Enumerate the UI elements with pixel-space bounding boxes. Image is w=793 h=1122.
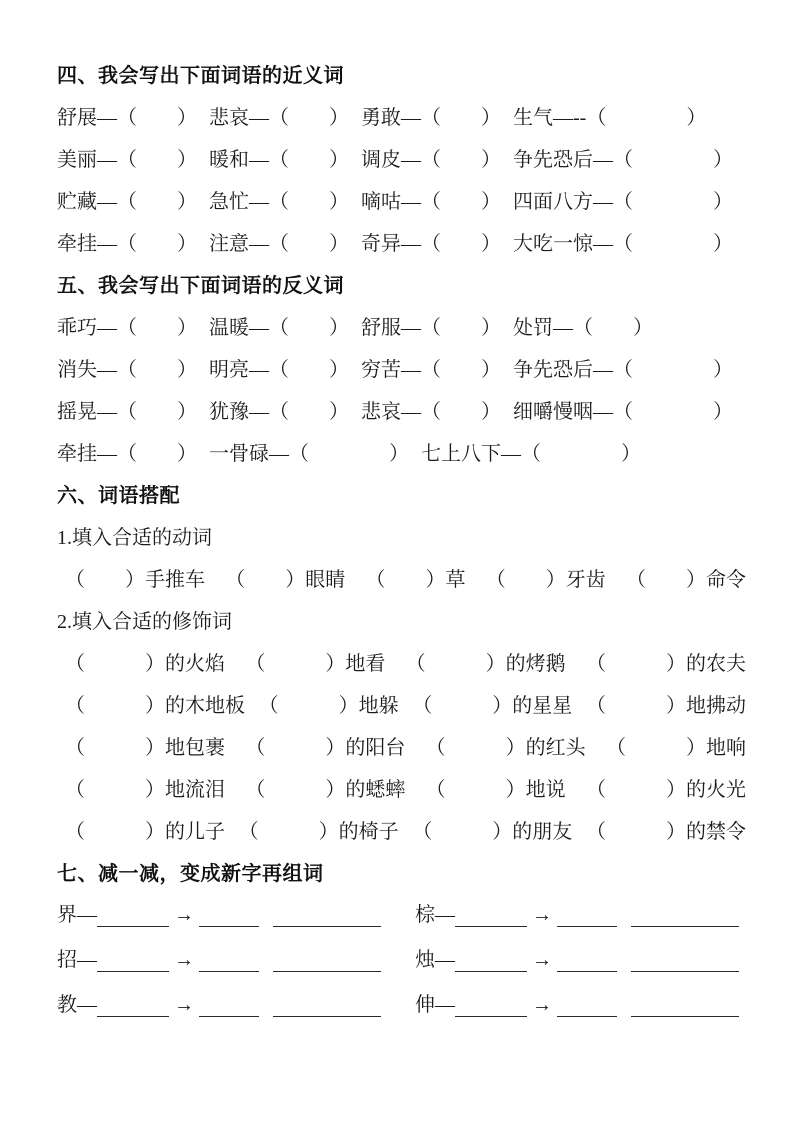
synonym-item: 生气—--（ ） xyxy=(513,101,706,130)
collocation-sub1: 1.填入合适的动词 xyxy=(57,514,748,556)
modifier-fill-item: （ ）地响 xyxy=(606,731,746,760)
modifier-fill-row-1: （ ）的火焰 （ ）地看 （ ）的烤鹅 （ ）的农夫 xyxy=(57,640,748,682)
char-reduction-entry: 招—→ xyxy=(57,948,415,972)
answer-blank xyxy=(455,953,527,972)
modifier-fill-item: （ ）的阳台 xyxy=(245,731,405,760)
char-reduction-entry: 界—→ xyxy=(57,903,415,927)
synonym-item: 牵挂—（ ） xyxy=(57,227,197,256)
collocation-sub1-label: 1.填入合适的动词 xyxy=(57,521,212,550)
source-char: 教— xyxy=(57,993,97,1017)
modifier-fill-item: （ ）的椅子 xyxy=(239,815,399,844)
synonym-item: 贮藏—（ ） xyxy=(57,185,197,214)
antonym-item: 温暖—（ ） xyxy=(209,311,349,340)
verb-fill-item: （ ）草 xyxy=(366,563,466,592)
synonym-item: 注意—（ ） xyxy=(209,227,349,256)
section-collocation-header: 六、词语搭配 xyxy=(57,472,748,514)
source-char: 棕— xyxy=(415,903,455,927)
answer-blank xyxy=(97,953,169,972)
collocation-sub2: 2.填入合适的修饰词 xyxy=(57,598,748,640)
section-synonyms-header: 四、我会写出下面词语的近义词 xyxy=(57,52,748,94)
synonym-row-3: 贮藏—（ ） 急忙—（ ） 嘀咕—（ ） 四面八方—（ ） xyxy=(57,178,748,220)
synonym-item: 悲哀—（ ） xyxy=(209,101,349,130)
antonym-item: 牵挂—（ ） xyxy=(57,437,197,466)
modifier-fill-item: （ ）地拂动 xyxy=(586,689,746,718)
antonym-item: 乖巧—（ ） xyxy=(57,311,197,340)
arrow-icon: → xyxy=(532,948,552,972)
answer-blank xyxy=(199,908,259,927)
answer-blank xyxy=(557,908,617,927)
answer-blank xyxy=(631,998,739,1017)
modifier-fill-item: （ ）地说 xyxy=(426,773,566,802)
modifier-fill-item: （ ）的禁令 xyxy=(586,815,746,844)
synonym-row-1: 舒展—（ ） 悲哀—（ ） 勇敢—（ ） 生气—--（ ） xyxy=(57,94,748,136)
answer-blank xyxy=(631,953,739,972)
modifier-fill-row-2: （ ）的木地板 （ ）地躲 （ ）的星星 （ ）地拂动 xyxy=(57,682,748,724)
arrow-icon: → xyxy=(174,948,194,972)
arrow-icon: → xyxy=(532,903,552,927)
synonym-row-4: 牵挂—（ ） 注意—（ ） 奇异—（ ） 大吃一惊—（ ） xyxy=(57,220,748,262)
antonym-row-4: 牵挂—（ ） 一骨碌—（ ） 七上八下—（ ） xyxy=(57,430,748,472)
synonym-item: 急忙—（ ） xyxy=(209,185,349,214)
synonym-item: 嘀咕—（ ） xyxy=(361,185,501,214)
answer-blank xyxy=(455,998,527,1017)
arrow-icon: → xyxy=(174,903,194,927)
antonym-item: 犹豫—（ ） xyxy=(209,395,349,424)
char-reduction-entry: 伸—→ xyxy=(415,993,748,1017)
modifier-fill-item: （ ）的朋友 xyxy=(412,815,572,844)
answer-blank xyxy=(273,908,381,927)
verb-fill-item: （ ）眼睛 xyxy=(225,563,345,592)
modifier-fill-item: （ ）的蟋蟀 xyxy=(245,773,405,802)
char-reduction-entry: 烛—→ xyxy=(415,948,748,972)
modifier-fill-item: （ ）地躲 xyxy=(259,689,399,718)
synonym-item: 舒展—（ ） xyxy=(57,101,197,130)
section-synonyms-title: 四、我会写出下面词语的近义词 xyxy=(57,59,344,88)
antonym-item: 细嚼慢咽—（ ） xyxy=(513,395,733,424)
antonym-item: 处罚—（ ） xyxy=(513,311,653,340)
answer-blank xyxy=(199,953,259,972)
section-collocation-title: 六、词语搭配 xyxy=(57,479,180,508)
modifier-fill-item: （ ）地看 xyxy=(245,647,385,676)
reduction-row-1: 界—→ 棕—→ xyxy=(57,892,748,937)
source-char: 伸— xyxy=(415,993,455,1017)
antonym-item: 摇晃—（ ） xyxy=(57,395,197,424)
synonym-item: 勇敢—（ ） xyxy=(361,101,501,130)
arrow-icon: → xyxy=(174,993,194,1017)
synonym-item: 奇异—（ ） xyxy=(361,227,501,256)
verb-fill-item: （ ）牙齿 xyxy=(486,563,606,592)
answer-blank xyxy=(557,953,617,972)
reduction-row-3: 教—→ 伸—→ xyxy=(57,982,748,1027)
answer-blank xyxy=(97,908,169,927)
modifier-fill-item: （ ）地包裹 xyxy=(65,731,225,760)
synonym-item: 暖和—（ ） xyxy=(209,143,349,172)
answer-blank xyxy=(557,998,617,1017)
section-antonyms-title: 五、我会写出下面词语的反义词 xyxy=(57,269,344,298)
reduction-row-2: 招—→ 烛—→ xyxy=(57,937,748,982)
verb-fill-item: （ ）手推车 xyxy=(65,563,205,592)
answer-blank xyxy=(455,908,527,927)
antonym-item: 明亮—（ ） xyxy=(209,353,349,382)
char-reduction-entry: 棕—→ xyxy=(415,903,748,927)
answer-blank xyxy=(199,998,259,1017)
source-char: 招— xyxy=(57,948,97,972)
modifier-fill-item: （ ）的木地板 xyxy=(65,689,245,718)
collocation-sub2-label: 2.填入合适的修饰词 xyxy=(57,605,232,634)
synonym-item: 调皮—（ ） xyxy=(361,143,501,172)
section-reduction-title: 七、减一减，变成新字再组词 xyxy=(57,857,324,886)
modifier-fill-row-5: （ ）的儿子 （ ）的椅子 （ ）的朋友 （ ）的禁令 xyxy=(57,808,748,850)
synonym-row-2: 美丽—（ ） 暖和—（ ） 调皮—（ ） 争先恐后—（ ） xyxy=(57,136,748,178)
modifier-fill-item: （ ）的红头 xyxy=(426,731,586,760)
modifier-fill-item: （ ）的农夫 xyxy=(586,647,746,676)
verb-fill-row: （ ）手推车 （ ）眼睛 （ ）草 （ ）牙齿 （ ）命令 xyxy=(57,556,748,598)
answer-blank xyxy=(97,998,169,1017)
synonym-item: 大吃一惊—（ ） xyxy=(513,227,733,256)
synonym-item: 争先恐后—（ ） xyxy=(513,143,733,172)
antonym-item: 穷苦—（ ） xyxy=(361,353,501,382)
modifier-fill-item: （ ）的烤鹅 xyxy=(406,647,566,676)
modifier-fill-item: （ ）的火光 xyxy=(586,773,746,802)
antonym-item: 舒服—（ ） xyxy=(361,311,501,340)
answer-blank xyxy=(631,908,739,927)
antonym-item: 七上八下—（ ） xyxy=(421,437,641,466)
verb-fill-item: （ ）命令 xyxy=(626,563,746,592)
source-char: 烛— xyxy=(415,948,455,972)
modifier-fill-item: （ ）地流泪 xyxy=(65,773,225,802)
char-reduction-entry: 教—→ xyxy=(57,993,415,1017)
antonym-row-2: 消失—（ ） 明亮—（ ） 穷苦—（ ） 争先恐后—（ ） xyxy=(57,346,748,388)
source-char: 界— xyxy=(57,903,97,927)
arrow-icon: → xyxy=(532,993,552,1017)
antonym-row-3: 摇晃—（ ） 犹豫—（ ） 悲哀—（ ） 细嚼慢咽—（ ） xyxy=(57,388,748,430)
modifier-fill-item: （ ）的儿子 xyxy=(65,815,225,844)
antonym-item: 消失—（ ） xyxy=(57,353,197,382)
modifier-fill-item: （ ）的火焰 xyxy=(65,647,225,676)
modifier-fill-row-4: （ ）地流泪 （ ）的蟋蟀 （ ）地说 （ ）的火光 xyxy=(57,766,748,808)
antonym-item: 争先恐后—（ ） xyxy=(513,353,733,382)
answer-blank xyxy=(273,953,381,972)
answer-blank xyxy=(273,998,381,1017)
antonym-row-1: 乖巧—（ ） 温暖—（ ） 舒服—（ ） 处罚—（ ） xyxy=(57,304,748,346)
synonym-item: 美丽—（ ） xyxy=(57,143,197,172)
antonym-item: 一骨碌—（ ） xyxy=(209,437,409,466)
section-reduction-header: 七、减一减，变成新字再组词 xyxy=(57,850,748,892)
synonym-item: 四面八方—（ ） xyxy=(513,185,733,214)
antonym-item: 悲哀—（ ） xyxy=(361,395,501,424)
modifier-fill-item: （ ）的星星 xyxy=(412,689,572,718)
worksheet-page: 四、我会写出下面词语的近义词 舒展—（ ） 悲哀—（ ） 勇敢—（ ） 生气—-… xyxy=(0,0,793,1122)
modifier-fill-row-3: （ ）地包裹 （ ）的阳台 （ ）的红头 （ ）地响 xyxy=(57,724,748,766)
section-antonyms-header: 五、我会写出下面词语的反义词 xyxy=(57,262,748,304)
